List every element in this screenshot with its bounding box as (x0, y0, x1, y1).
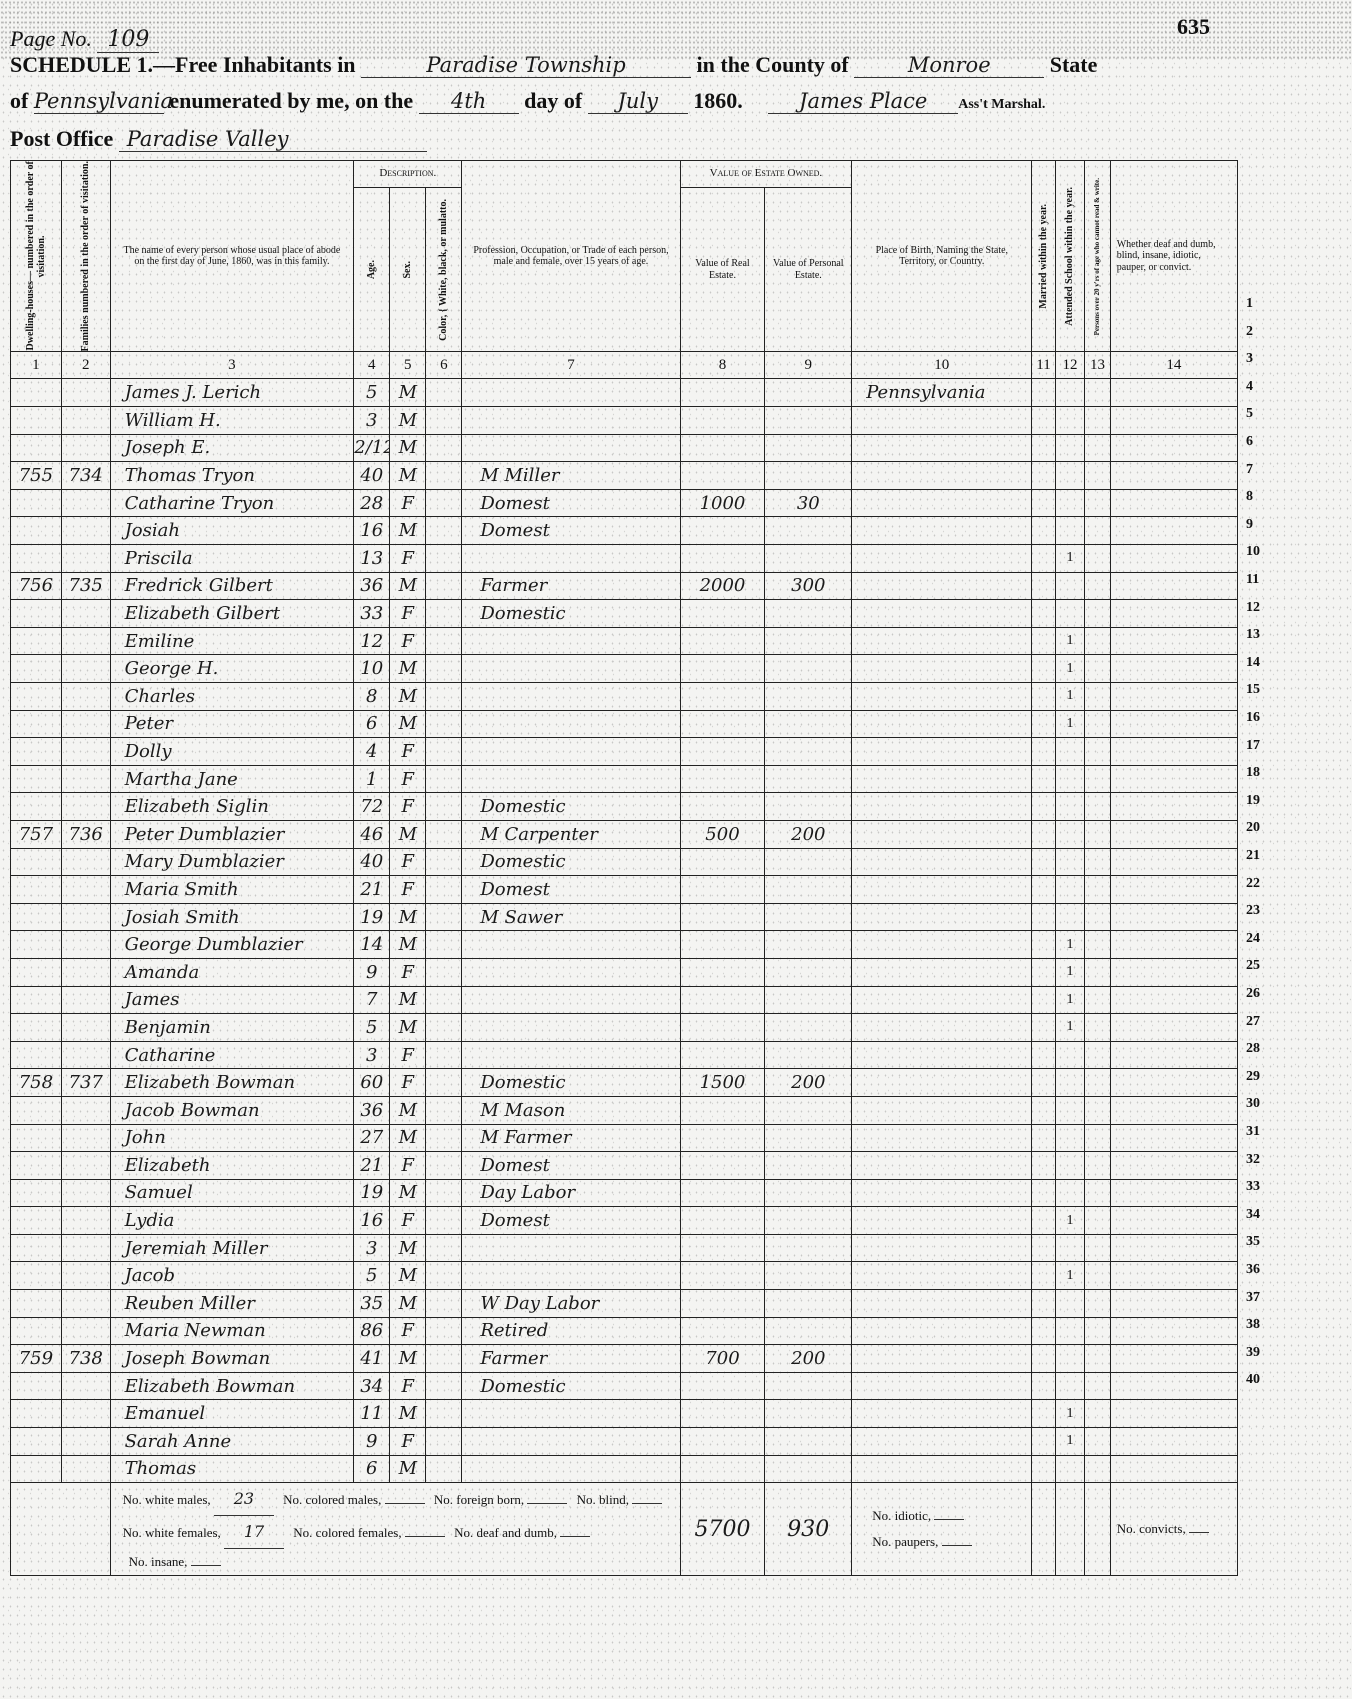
enumerated-label: enumerated by me, on the (169, 88, 413, 113)
age: 27 (354, 1124, 390, 1152)
person-name: Josiah (110, 517, 354, 545)
married (1032, 1290, 1055, 1318)
dwelling-number: 758 (11, 1069, 62, 1097)
real-estate-value (680, 1262, 765, 1290)
family-number (61, 765, 110, 793)
marshal-label: Ass't Marshal. (958, 97, 1045, 112)
sex: F (390, 545, 426, 573)
illiterate (1085, 1069, 1110, 1097)
line-number: 16 (1246, 710, 1260, 726)
line-number: 14 (1246, 655, 1260, 671)
infirmity (1110, 1069, 1237, 1097)
line-number: 21 (1246, 848, 1260, 864)
birthplace (852, 600, 1032, 628)
age: 9 (354, 958, 390, 986)
occupation (462, 655, 680, 683)
illiterate (1085, 600, 1110, 628)
married (1032, 1234, 1055, 1262)
age: 35 (354, 1290, 390, 1318)
color (426, 1345, 462, 1373)
color (426, 1152, 462, 1180)
personal-estate-value (765, 462, 852, 490)
age: 6 (354, 710, 390, 738)
county-value: Monroe (854, 53, 1044, 78)
personal-estate-value (765, 683, 852, 711)
colored-males-count (385, 1503, 425, 1504)
header-personal-estate: Value of Personal Estate. (765, 187, 852, 352)
person-name: Elizabeth Bowman (110, 1372, 354, 1400)
person-name: Emanuel (110, 1400, 354, 1428)
personal-estate-value (765, 931, 852, 959)
color (426, 765, 462, 793)
footer-spacer (11, 1483, 111, 1576)
person-name: Elizabeth Siglin (110, 793, 354, 821)
attended-school (1055, 1317, 1085, 1345)
dwelling-number (11, 1014, 62, 1042)
age: 16 (354, 1207, 390, 1235)
age: 13 (354, 545, 390, 573)
real-estate-value (680, 545, 765, 573)
dwelling-number (11, 434, 62, 462)
page-label: Page No. (10, 26, 92, 51)
sex: M (390, 1290, 426, 1318)
header-name: The name of every person whose usual pla… (110, 161, 354, 352)
dwelling-number (11, 1290, 62, 1318)
married (1032, 1152, 1055, 1180)
occupation (462, 627, 680, 655)
age: 28 (354, 489, 390, 517)
person-name: Joseph E. (110, 434, 354, 462)
real-estate-value (680, 1041, 765, 1069)
illiterate (1085, 820, 1110, 848)
footer-counts: No. white males, 23 No. colored males, N… (110, 1483, 680, 1576)
occupation: Farmer (462, 572, 680, 600)
infirmity (1110, 462, 1237, 490)
sex: M (390, 1345, 426, 1373)
schedule-title-line: SCHEDULE 1.—Free Inhabitants in Paradise… (10, 52, 1097, 78)
person-name: Peter Dumblazier (110, 820, 354, 848)
married (1032, 462, 1055, 490)
color (426, 738, 462, 766)
personal-estate-value: 200 (765, 820, 852, 848)
age: 3 (354, 1041, 390, 1069)
birthplace (852, 1262, 1032, 1290)
header-age: Age. (354, 187, 390, 352)
header-infirmity: Whether deaf and dumb, blind, insane, id… (1110, 161, 1237, 352)
census-row: Sarah Anne9F1 (11, 1428, 1238, 1456)
age: 11 (354, 1400, 390, 1428)
line-number: 30 (1246, 1096, 1260, 1112)
married (1032, 1317, 1055, 1345)
family-number: 735 (61, 572, 110, 600)
married (1032, 876, 1055, 904)
census-row: 756735Fredrick Gilbert36MFarmer2000300 (11, 572, 1238, 600)
dwelling-number (11, 958, 62, 986)
header-birthplace: Place of Birth, Naming the State, Territ… (852, 161, 1032, 352)
family-number (61, 489, 110, 517)
illiterate (1085, 655, 1110, 683)
birthplace (852, 655, 1032, 683)
occupation: Farmer (462, 1345, 680, 1373)
infirmity (1110, 1400, 1237, 1428)
line-number: 31 (1246, 1124, 1260, 1140)
dwelling-number (11, 710, 62, 738)
sex: F (390, 1069, 426, 1097)
age: 14 (354, 931, 390, 959)
occupation (462, 710, 680, 738)
header-dwelling: Dwelling-houses— numbered in the order o… (11, 161, 62, 352)
line-number: 39 (1246, 1345, 1260, 1361)
real-estate-value (680, 407, 765, 435)
married (1032, 1207, 1055, 1235)
sex: M (390, 931, 426, 959)
color (426, 683, 462, 711)
real-estate-value (680, 600, 765, 628)
family-number (61, 1372, 110, 1400)
personal-estate-value (765, 1207, 852, 1235)
schedule-label: SCHEDULE 1.—Free Inhabitants in (10, 52, 356, 77)
illiterate (1085, 1014, 1110, 1042)
personal-estate-value (765, 434, 852, 462)
occupation (462, 379, 680, 407)
illiterate (1085, 738, 1110, 766)
age: 33 (354, 600, 390, 628)
personal-estate-value (765, 848, 852, 876)
family-number (61, 1428, 110, 1456)
birthplace (852, 627, 1032, 655)
married (1032, 1345, 1055, 1373)
birthplace (852, 1345, 1032, 1373)
married (1032, 793, 1055, 821)
illiterate (1085, 1041, 1110, 1069)
family-number: 736 (61, 820, 110, 848)
married (1032, 1069, 1055, 1097)
insane-count (191, 1565, 221, 1566)
dwelling-number (11, 1428, 62, 1456)
color (426, 1400, 462, 1428)
real-estate-value: 2000 (680, 572, 765, 600)
dwelling-number (11, 517, 62, 545)
line-number: 17 (1246, 738, 1260, 754)
col-num: 8 (680, 352, 765, 379)
married (1032, 683, 1055, 711)
attended-school (1055, 738, 1085, 766)
person-name: Joseph Bowman (110, 1345, 354, 1373)
person-name: Maria Newman (110, 1317, 354, 1345)
attended-school: 1 (1055, 655, 1085, 683)
sex: F (390, 793, 426, 821)
line-number: 38 (1246, 1317, 1260, 1333)
color (426, 1234, 462, 1262)
idiotic-count (934, 1519, 964, 1520)
total-personal-estate: 930 (765, 1483, 852, 1576)
color (426, 931, 462, 959)
occupation: M Carpenter (462, 820, 680, 848)
census-row: Amanda9F1 (11, 958, 1238, 986)
attended-school: 1 (1055, 1400, 1085, 1428)
col-num: 3 (110, 352, 354, 379)
real-estate-value (680, 1428, 765, 1456)
dwelling-number (11, 903, 62, 931)
census-row: Elizabeth Gilbert33FDomestic (11, 600, 1238, 628)
age: 3 (354, 1234, 390, 1262)
illiterate (1085, 434, 1110, 462)
attended-school (1055, 1124, 1085, 1152)
married (1032, 1179, 1055, 1207)
attended-school (1055, 1234, 1085, 1262)
line-number: 25 (1246, 958, 1260, 974)
occupation: M Sawer (462, 903, 680, 931)
line-number: 6 (1246, 434, 1253, 450)
person-name: Jeremiah Miller (110, 1234, 354, 1262)
family-number (61, 958, 110, 986)
family-number (61, 517, 110, 545)
age: 5 (354, 1262, 390, 1290)
col-num: 6 (426, 352, 462, 379)
line-number: 20 (1246, 820, 1260, 836)
line-number: 18 (1246, 765, 1260, 781)
attended-school: 1 (1055, 545, 1085, 573)
infirmity (1110, 1179, 1237, 1207)
census-row: 757736Peter Dumblazier46MM Carpenter5002… (11, 820, 1238, 848)
infirmity (1110, 738, 1237, 766)
real-estate-value (680, 1290, 765, 1318)
family-number (61, 1179, 110, 1207)
real-estate-value (680, 434, 765, 462)
real-estate-value (680, 1400, 765, 1428)
color (426, 627, 462, 655)
person-name: William H. (110, 407, 354, 435)
married (1032, 379, 1055, 407)
birthplace (852, 765, 1032, 793)
sex: M (390, 407, 426, 435)
dwelling-number (11, 876, 62, 904)
age: 19 (354, 903, 390, 931)
dwelling-number (11, 1207, 62, 1235)
married (1032, 765, 1055, 793)
dwelling-number (11, 1400, 62, 1428)
family-number (61, 793, 110, 821)
sex: M (390, 1124, 426, 1152)
line-number: 22 (1246, 876, 1260, 892)
attended-school: 1 (1055, 627, 1085, 655)
real-estate-value (680, 627, 765, 655)
family-number (61, 1207, 110, 1235)
personal-estate-value (765, 1124, 852, 1152)
occupation (462, 545, 680, 573)
person-name: Peter (110, 710, 354, 738)
post-office-line: Post Office Paradise Valley (10, 126, 427, 152)
sex: M (390, 986, 426, 1014)
married (1032, 1262, 1055, 1290)
birthplace (852, 793, 1032, 821)
personal-estate-value (765, 738, 852, 766)
occupation (462, 958, 680, 986)
illiterate (1085, 1317, 1110, 1345)
state-value: Pennsylvania (34, 89, 164, 114)
family-number (61, 407, 110, 435)
census-row: Charles8M1 (11, 683, 1238, 711)
infirmity (1110, 407, 1237, 435)
dwelling-number (11, 379, 62, 407)
sex: F (390, 1372, 426, 1400)
married (1032, 407, 1055, 435)
personal-estate-value (765, 1041, 852, 1069)
attended-school (1055, 379, 1085, 407)
census-row: Josiah16MDomest (11, 517, 1238, 545)
age: 60 (354, 1069, 390, 1097)
month-value: July (588, 89, 688, 114)
real-estate-value (680, 876, 765, 904)
line-number: 15 (1246, 682, 1260, 698)
personal-estate-value (765, 876, 852, 904)
dwelling-number (11, 793, 62, 821)
dwelling-number (11, 1041, 62, 1069)
personal-estate-value (765, 1455, 852, 1483)
dwelling-number (11, 1317, 62, 1345)
color (426, 1179, 462, 1207)
summary-row: No. white males, 23 No. colored males, N… (11, 1483, 1238, 1576)
infirmity (1110, 1317, 1237, 1345)
dwelling-number (11, 1124, 62, 1152)
infirmity (1110, 683, 1237, 711)
line-number: 13 (1246, 627, 1260, 643)
birthplace (852, 1455, 1032, 1483)
line-number: 23 (1246, 903, 1260, 919)
col-num: 13 (1085, 352, 1110, 379)
age: 4 (354, 738, 390, 766)
real-estate-value (680, 903, 765, 931)
color (426, 407, 462, 435)
line-number: 37 (1246, 1290, 1260, 1306)
dwelling-number (11, 765, 62, 793)
personal-estate-value (765, 1262, 852, 1290)
header-school: Attended School within the year. (1055, 161, 1085, 352)
illiterate (1085, 489, 1110, 517)
birthplace (852, 1234, 1032, 1262)
personal-estate-value (765, 1428, 852, 1456)
color (426, 489, 462, 517)
sex: M (390, 1234, 426, 1262)
attended-school: 1 (1055, 1207, 1085, 1235)
attended-school: 1 (1055, 958, 1085, 986)
census-rows: James J. Lerich5MPennsylvaniaWilliam H.3… (11, 379, 1238, 1483)
line-number: 35 (1246, 1234, 1260, 1250)
birthplace (852, 545, 1032, 573)
real-estate-value (680, 931, 765, 959)
infirmity (1110, 1207, 1237, 1235)
census-row: Emanuel11M1 (11, 1400, 1238, 1428)
real-estate-value (680, 1014, 765, 1042)
family-number (61, 848, 110, 876)
family-number (61, 986, 110, 1014)
header-married: Married within the year. (1032, 161, 1055, 352)
birthplace (852, 1096, 1032, 1124)
infirmity (1110, 1290, 1237, 1318)
real-estate-value (680, 1455, 765, 1483)
age: 21 (354, 1152, 390, 1180)
person-name: Elizabeth Gilbert (110, 600, 354, 628)
sex: M (390, 655, 426, 683)
attended-school (1055, 793, 1085, 821)
birthplace (852, 958, 1032, 986)
illiterate (1085, 1152, 1110, 1180)
birthplace (852, 1179, 1032, 1207)
illiterate (1085, 1179, 1110, 1207)
infirmity (1110, 1428, 1237, 1456)
attended-school (1055, 517, 1085, 545)
sex: M (390, 710, 426, 738)
person-name: Mary Dumblazier (110, 848, 354, 876)
family-number (61, 1455, 110, 1483)
infirmity (1110, 1262, 1237, 1290)
attended-school (1055, 434, 1085, 462)
header-real-estate: Value of Real Estate. (680, 187, 765, 352)
dwelling-number (11, 1455, 62, 1483)
dwelling-number: 759 (11, 1345, 62, 1373)
infirmity (1110, 517, 1237, 545)
county-label: in the County of (697, 52, 849, 77)
census-row: Benjamin5M1 (11, 1014, 1238, 1042)
person-name: Reuben Miller (110, 1290, 354, 1318)
sex: M (390, 1262, 426, 1290)
person-name: Josiah Smith (110, 903, 354, 931)
age: 2/12 (354, 434, 390, 462)
infirmity (1110, 903, 1237, 931)
line-number: 33 (1246, 1179, 1260, 1195)
sex: M (390, 572, 426, 600)
census-row: Elizabeth21FDomest (11, 1152, 1238, 1180)
birthplace (852, 462, 1032, 490)
line-number: 4 (1246, 379, 1253, 395)
real-estate-value (680, 1096, 765, 1124)
col-num: 4 (354, 352, 390, 379)
infirmity (1110, 600, 1237, 628)
person-name: George Dumblazier (110, 931, 354, 959)
age: 3 (354, 407, 390, 435)
census-row: James7M1 (11, 986, 1238, 1014)
header-color: Color, { White, black, or mulatto. (426, 187, 462, 352)
infirmity (1110, 1455, 1237, 1483)
sex: F (390, 627, 426, 655)
dwelling-number: 755 (11, 462, 62, 490)
state-label: State (1050, 52, 1098, 77)
person-name: Amanda (110, 958, 354, 986)
person-name: Lydia (110, 1207, 354, 1235)
occupation: M Miller (462, 462, 680, 490)
illiterate (1085, 517, 1110, 545)
occupation (462, 1234, 680, 1262)
sex: F (390, 958, 426, 986)
attended-school (1055, 1179, 1085, 1207)
census-row: Dolly4F (11, 738, 1238, 766)
occupation: Day Labor (462, 1179, 680, 1207)
family-number (61, 903, 110, 931)
birthplace (852, 848, 1032, 876)
color (426, 848, 462, 876)
real-estate-value: 1500 (680, 1069, 765, 1097)
dwelling-number (11, 407, 62, 435)
line-number: 9 (1246, 517, 1253, 533)
census-row: Catharine3F (11, 1041, 1238, 1069)
age: 19 (354, 1179, 390, 1207)
color (426, 1096, 462, 1124)
family-number (61, 1041, 110, 1069)
family-number (61, 379, 110, 407)
infirmity (1110, 1345, 1237, 1373)
birthplace (852, 876, 1032, 904)
illiterate (1085, 683, 1110, 711)
